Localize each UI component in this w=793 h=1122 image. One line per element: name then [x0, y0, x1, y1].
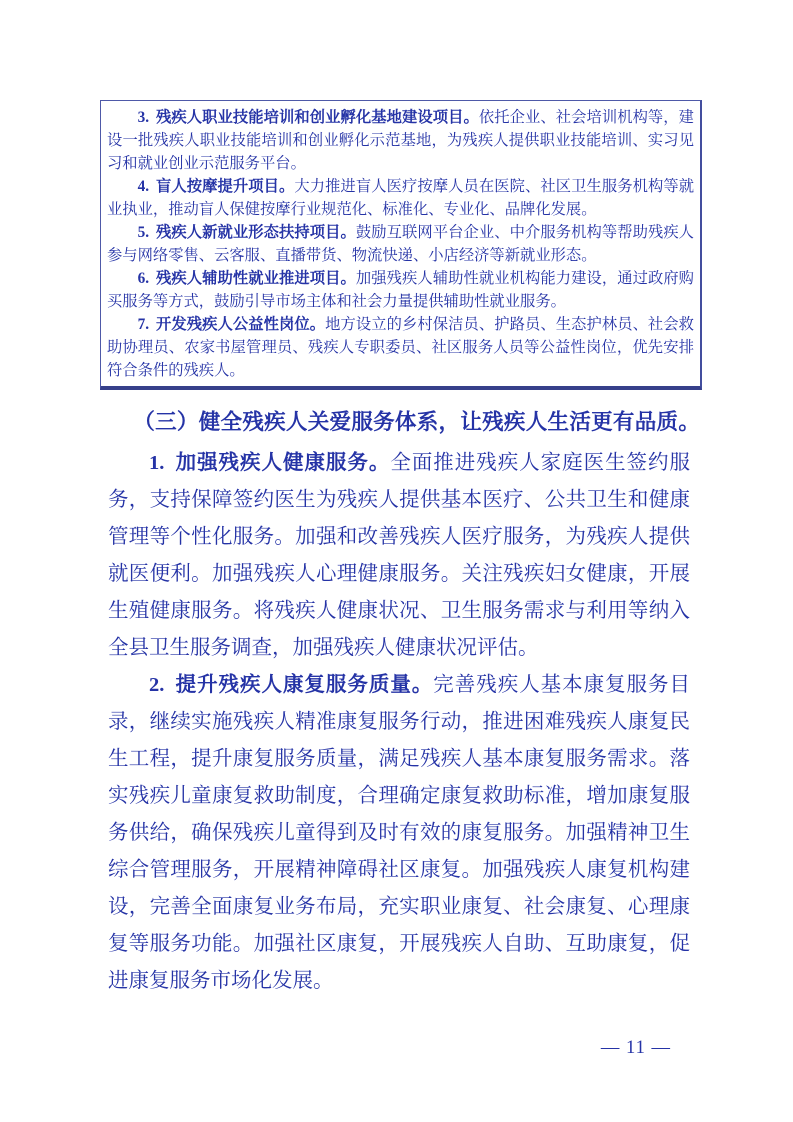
paragraph-1: 1.加强残疾人健康服务。全面推进残疾人家庭医生签约服务，支持保障签约医生为残疾人…	[108, 445, 690, 667]
paragraph-2: 2.提升残疾人康复服务质量。完善残疾人基本康复服务目录，继续实施残疾人精准康复服…	[108, 667, 690, 1000]
item-number: 3.	[138, 109, 149, 126]
paragraph-body: 全面推进残疾人家庭医生签约服务，支持保障签约医生为残疾人提供基本医疗、公共卫生和…	[108, 452, 690, 659]
box-item-5: 5.残疾人新就业形态扶持项目。鼓励互联网平台企业、中介服务机构等帮助残疾人参与网…	[107, 221, 694, 267]
item-number: 4.	[138, 178, 149, 195]
project-items-box: 3.残疾人职业技能培训和创业孵化基地建设项目。依托企业、社会培训机构等，建设一批…	[100, 100, 702, 390]
document-page: 3.残疾人职业技能培训和创业孵化基地建设项目。依托企业、社会培训机构等，建设一批…	[0, 0, 793, 1122]
item-title: 残疾人辅助性就业推进项目。	[156, 270, 356, 287]
item-number: 6.	[138, 270, 149, 287]
item-title: 开发残疾人公益性岗位。	[156, 316, 325, 333]
paragraph-body: 完善残疾人基本康复服务目录，继续实施残疾人精准康复服务行动，推进困难残疾人康复民…	[108, 674, 690, 992]
box-item-4: 4.盲人按摩提升项目。大力推进盲人医疗按摩人员在医院、社区卫生服务机构等就业执业…	[107, 175, 694, 221]
paragraph-number: 1.	[149, 452, 164, 474]
paragraph-title: 提升残疾人康复服务质量。	[175, 674, 434, 696]
item-title: 盲人按摩提升项目。	[156, 178, 294, 195]
section-heading: （三）健全残疾人关爱服务体系，让残疾人生活更有品质。	[100, 405, 702, 436]
item-title: 残疾人新就业形态扶持项目。	[156, 224, 356, 241]
page-number: — 11 —	[601, 1038, 671, 1059]
box-item-7: 7.开发残疾人公益性岗位。地方设立的乡村保洁员、护路员、生态护林员、社会救助协理…	[107, 313, 694, 382]
paragraph-title: 加强残疾人健康服务。	[175, 452, 391, 474]
box-item-6: 6.残疾人辅助性就业推进项目。加强残疾人辅助性就业机构能力建设，通过政府购买服务…	[107, 267, 694, 313]
box-item-3: 3.残疾人职业技能培训和创业孵化基地建设项目。依托企业、社会培训机构等，建设一批…	[107, 106, 694, 175]
item-number: 5.	[138, 224, 149, 241]
page-content: 3.残疾人职业技能培训和创业孵化基地建设项目。依托企业、社会培训机构等，建设一批…	[100, 100, 702, 1000]
item-title: 残疾人职业技能培训和创业孵化基地建设项目。	[156, 109, 479, 126]
item-number: 7.	[138, 316, 149, 333]
paragraph-number: 2.	[149, 674, 164, 696]
